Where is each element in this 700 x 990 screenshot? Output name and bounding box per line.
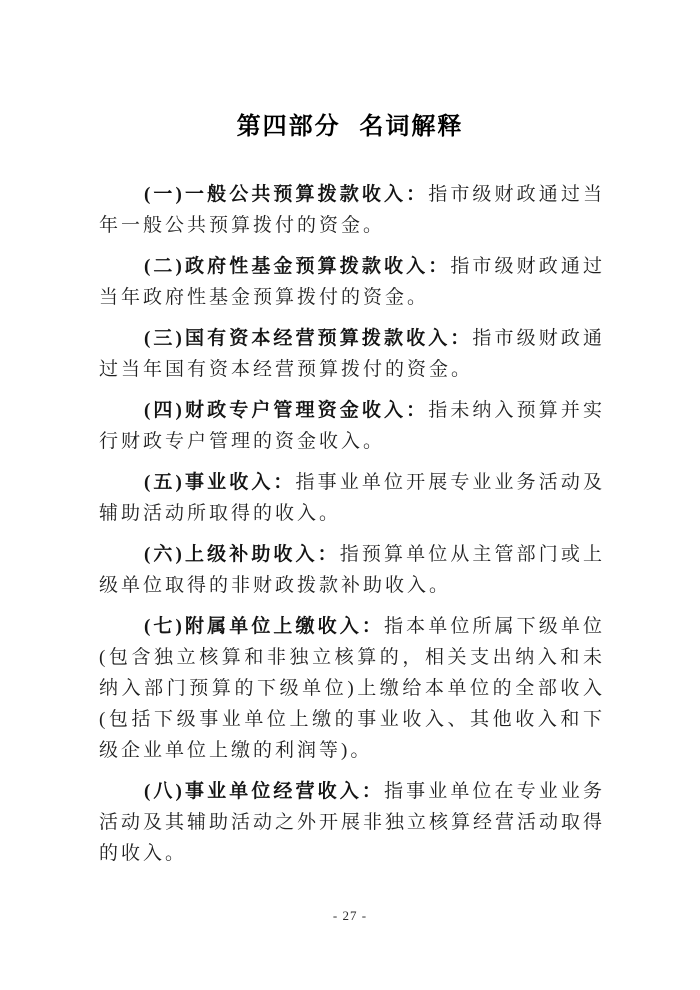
definition-paragraph: (一)一般公共预算拨款收入：指市级财政通过当年一般公共预算拨付的资金。 [99, 179, 605, 241]
page-title: 第四部分 名词解释 [0, 112, 700, 142]
document-body: (一)一般公共预算拨款收入：指市级财政通过当年一般公共预算拨付的资金。 (二)政… [99, 179, 605, 879]
term-label: (八)事业单位经营收入： [144, 781, 384, 802]
paragraph-number: (二) [144, 256, 185, 277]
term-text: 上级补助收入： [185, 544, 340, 565]
term-text: 国有资本经营预算拨款收入： [185, 328, 473, 349]
term-text: 政府性基金预算拨款收入： [185, 256, 450, 277]
term-text: 财政专户管理资金收入： [185, 400, 428, 421]
definition-paragraph: (七)附属单位上缴收入：指本单位所属下级单位(包含独立核算和非独立核算的，相关支… [99, 611, 605, 766]
paragraph-number: (五) [144, 472, 185, 493]
document-page: 第四部分 名词解释 (一)一般公共预算拨款收入：指市级财政通过当年一般公共预算拨… [0, 0, 700, 990]
definition-text: 指本单位所属下级单位(包含独立核算和非独立核算的，相关支出纳入和未纳入部门预算的… [99, 616, 605, 761]
term-label: (六)上级补助收入： [144, 544, 340, 565]
term-label: (七)附属单位上缴收入： [144, 616, 384, 637]
term-text: 事业单位经营收入： [185, 781, 384, 802]
definition-paragraph: (八)事业单位经营收入：指事业单位在专业业务活动及其辅助活动之外开展非独立核算经… [99, 776, 605, 869]
definition-paragraph: (二)政府性基金预算拨款收入：指市级财政通过当年政府性基金预算拨付的资金。 [99, 251, 605, 313]
paragraph-number: (六) [144, 544, 185, 565]
paragraph-number: (八) [144, 781, 185, 802]
term-label: (二)政府性基金预算拨款收入： [144, 256, 450, 277]
paragraph-number: (一) [144, 184, 185, 205]
definition-paragraph: (三)国有资本经营预算拨款收入：指市级财政通过当年国有资本经营预算拨付的资金。 [99, 323, 605, 385]
page-number: - 27 - [333, 908, 367, 923]
page-footer: - 27 - [0, 908, 700, 924]
definition-paragraph: (五)事业收入：指事业单位开展专业业务活动及辅助活动所取得的收入。 [99, 467, 605, 529]
term-label: (三)国有资本经营预算拨款收入： [144, 328, 472, 349]
term-text: 附属单位上缴收入： [185, 616, 384, 637]
definition-paragraph: (四)财政专户管理资金收入：指未纳入预算并实行财政专户管理的资金收入。 [99, 395, 605, 457]
paragraph-number: (四) [144, 400, 185, 421]
term-text: 一般公共预算拨款收入： [185, 184, 428, 205]
term-label: (五)事业收入： [144, 472, 296, 493]
term-label: (四)财政专户管理资金收入： [144, 400, 428, 421]
paragraph-number: (七) [144, 616, 185, 637]
definition-paragraph: (六)上级补助收入：指预算单位从主管部门或上级单位取得的非财政拨款补助收入。 [99, 539, 605, 601]
term-text: 事业收入： [185, 472, 296, 493]
term-label: (一)一般公共预算拨款收入： [144, 184, 428, 205]
paragraph-number: (三) [144, 328, 185, 349]
